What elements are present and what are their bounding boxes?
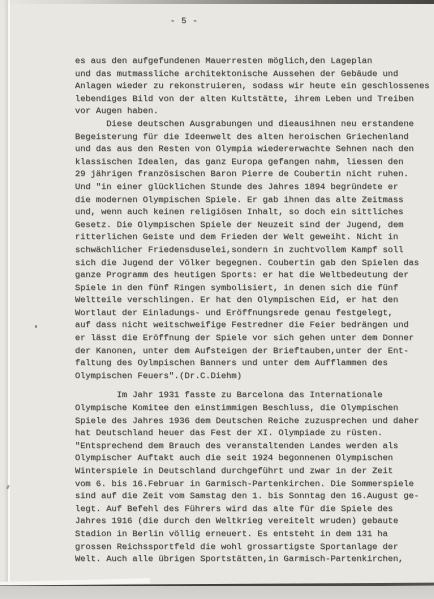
page-number: - 5 - xyxy=(0,16,368,26)
paragraph-excavations: es aus den aufgefundenen Mauerresten mög… xyxy=(75,55,420,118)
paper-left-edge-fold xyxy=(8,0,10,588)
paragraph-coubertin: Diese deutschen Ausgrabungen und dieausi… xyxy=(75,118,420,382)
scanned-document-page: - 5 - es aus den aufgefundenen Mauerrest… xyxy=(0,0,434,599)
paper-sheet: - 5 - es aus den aufgefundenen Mauerrest… xyxy=(0,0,434,588)
scan-top-edge-shadow xyxy=(0,0,434,4)
document-text: es aus den aufgefundenen Mauerresten mög… xyxy=(75,55,420,566)
scan-backdrop-strip xyxy=(0,586,434,599)
paragraph-1936-games: Im Jahr 1931 fasste zu Barcelona das Int… xyxy=(75,389,420,565)
scan-speck xyxy=(35,325,37,328)
